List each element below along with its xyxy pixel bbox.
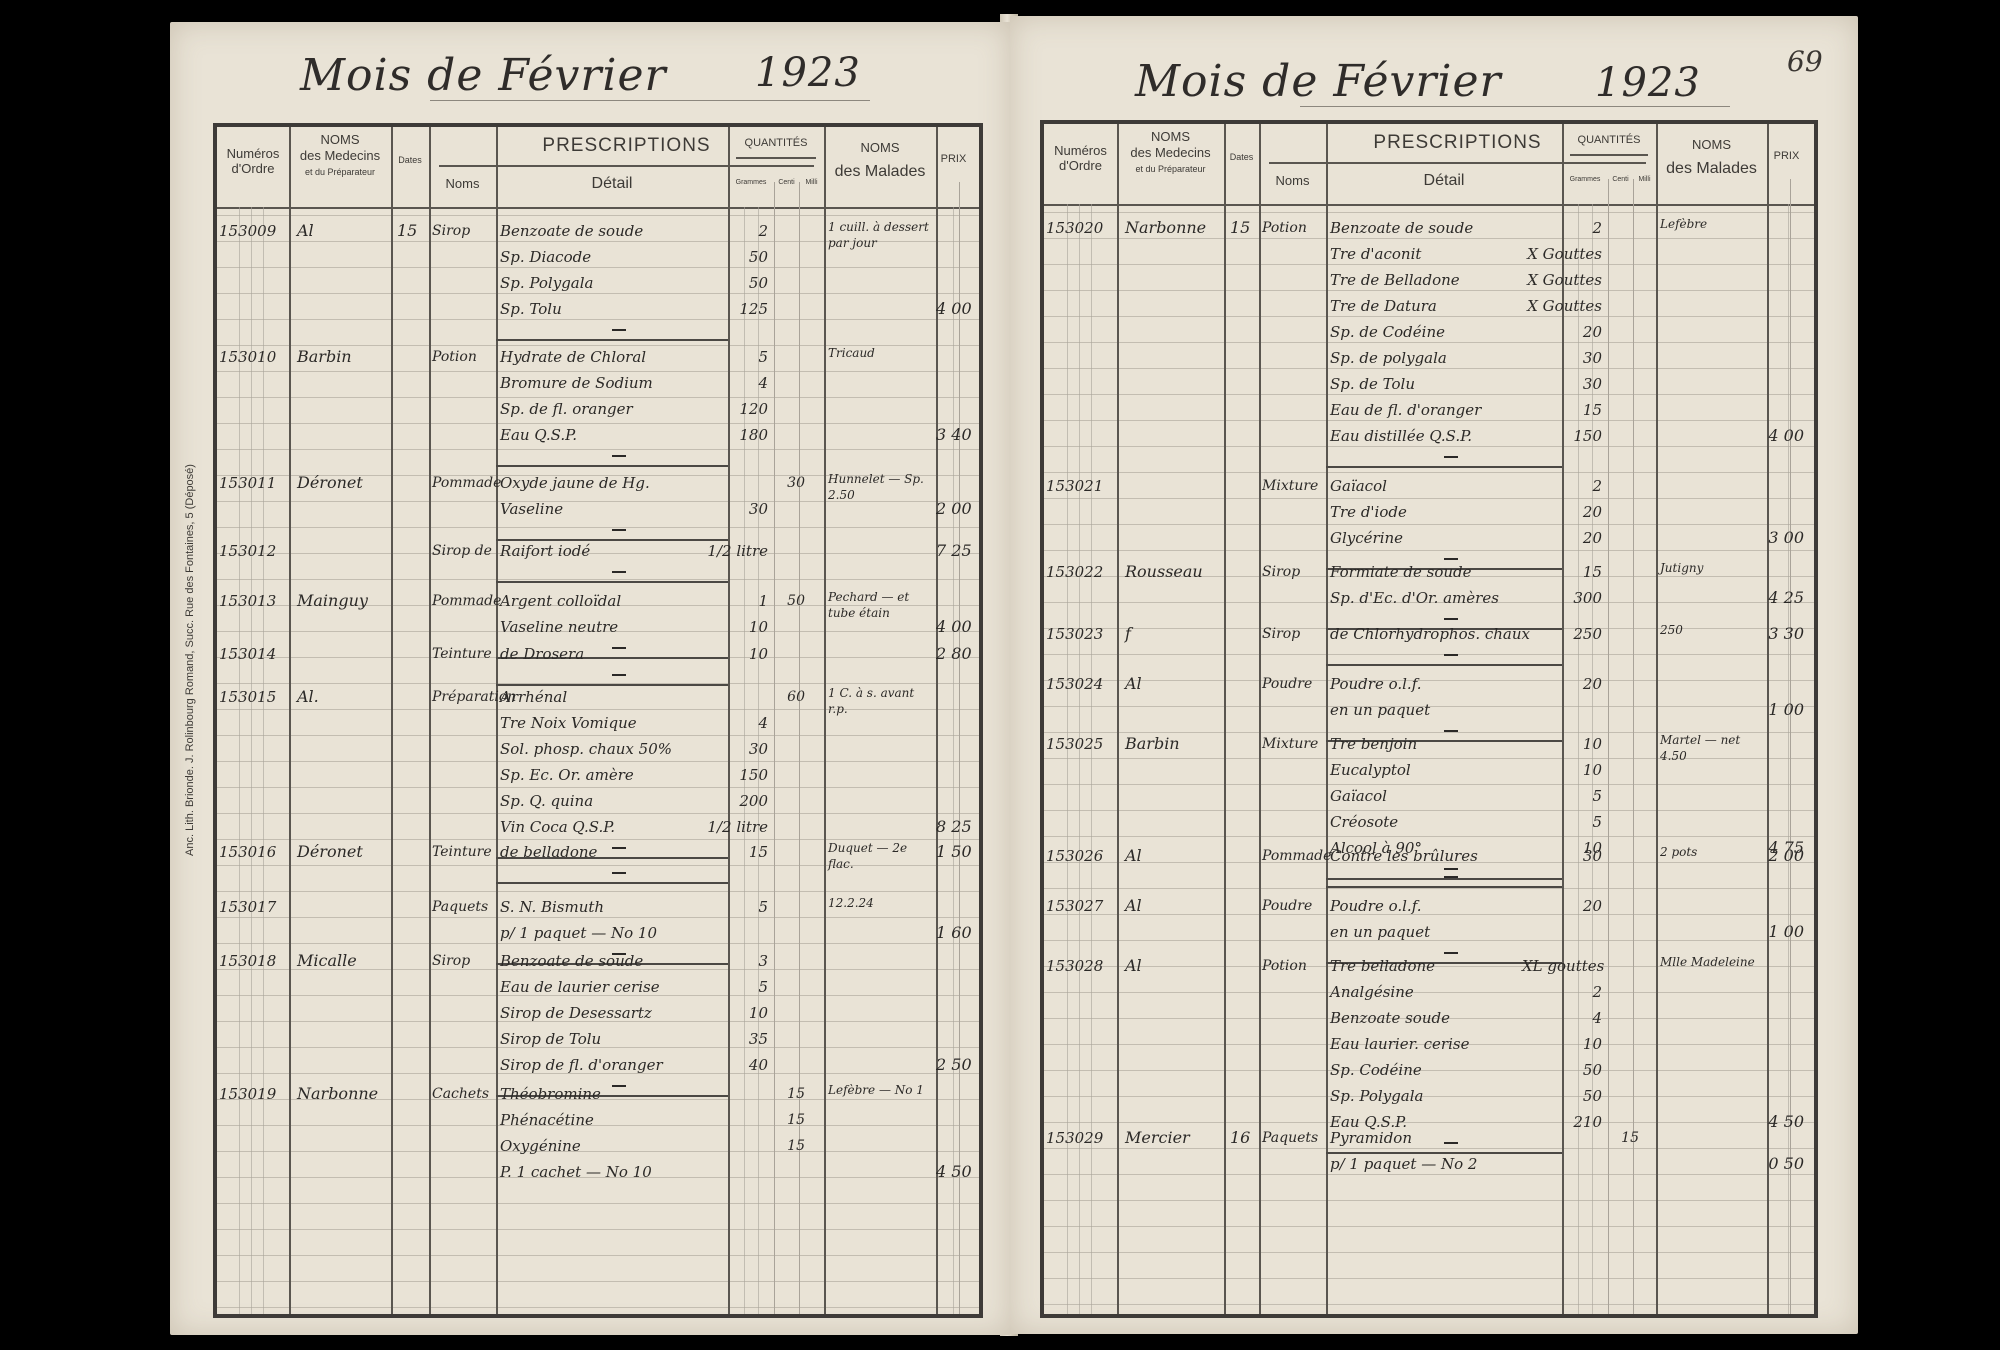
preparation-type: Pommade [432,471,501,495]
patient-name: Lefèbre — No 1 [828,1082,932,1098]
price: 2 80 [936,642,969,666]
ingredient-detail: Eau Q.S.P. [500,423,577,447]
price: 1 60 [936,921,969,945]
quantity-grams: 2 [1522,474,1602,498]
ingredient-detail: Tre benjoin [1330,732,1417,756]
order-number: 153015 [219,685,276,709]
ingredient-detail: Benzoate de soude [1330,216,1473,240]
entry-date: 15 [397,219,417,243]
ingredient-detail: Eau de laurier cerise [500,975,660,999]
quantity-grams: 30 [1522,372,1602,396]
ingredient-detail: Vaseline neutre [500,615,618,639]
price: 2 00 [936,497,969,521]
ingredient-detail: Analgésine [1330,980,1414,1004]
ruled-line [217,761,979,762]
ruled-line [1044,212,1814,213]
order-number: 153023 [1046,622,1103,646]
entry-dash [1444,952,1458,954]
ingredient-detail: Sirop de Tolu [500,1027,601,1051]
column-divider [391,127,393,1314]
entry-dash [612,571,626,573]
quantity-grams: 2 [1522,216,1602,240]
ingredient-detail: Créosote [1330,810,1398,834]
quantity-grams: 210 [1522,1110,1602,1134]
price: 3 00 [1767,526,1804,550]
price: 7 25 [936,539,969,563]
header-numeros: Numéros d'Ordre [217,147,289,177]
right-month-title: Mois de Février [1135,56,1502,107]
quantity-grams: 30 [1522,346,1602,370]
order-number: 153024 [1046,672,1103,696]
quantity-grams: 10 [688,615,768,639]
patient-name: Hunnelet — Sp. 2.50 [828,471,932,503]
ingredient-detail: Sp. de Codéine [1330,320,1445,344]
ruled-line [1044,1122,1814,1123]
guide-line [251,207,252,1314]
preparation-type: Potion [1262,954,1307,978]
ingredient-detail: Oxyde jaune de Hg. [500,471,650,495]
header-detail: Détail [1326,172,1562,190]
subcolumn-divider [959,182,960,1314]
doctor-name: Al [1125,672,1142,696]
price: 4 50 [936,1160,969,1184]
header-grammes: Grammes [1562,176,1608,184]
quantity-grams: 50 [688,245,768,269]
header-noms-malades: NOMS [1656,138,1767,153]
header-noms: Noms [1259,174,1326,189]
ruled-line [217,1229,979,1230]
ruled-line [217,267,979,268]
patient-name: 1 cuill. à dessert par jour [828,219,932,251]
ruled-line [217,1281,979,1282]
quantity-grams: 20 [1522,500,1602,524]
quantity-grams: 1 [688,589,768,613]
ingredient-detail: Sp. Ec. Or. amère [500,763,634,787]
ingredient-detail: Eucalyptol [1330,758,1411,782]
quantity-grams: 10 [688,642,768,666]
ruled-line [1044,264,1814,265]
quantity-grams: 250 [1522,622,1602,646]
ruled-line [217,423,979,424]
quantity-grams: 15 [1522,398,1602,422]
order-number: 153010 [219,345,276,369]
ruled-line [1044,1226,1814,1227]
quantity-grams: 10 [688,1001,768,1025]
ruled-line [1044,888,1814,889]
ruled-line [217,293,979,294]
order-number: 153016 [219,840,276,864]
quantity-grams: 40 [688,1053,768,1077]
printer-imprint: Anc. Lith. Brionde. J. Rolinbourg Romand… [184,380,196,940]
header-prix: PRIX [936,153,971,166]
ingredient-detail: Eau laurier. cerise [1330,1032,1469,1056]
quantity-grams: 300 [1522,586,1602,610]
order-number: 153014 [219,642,276,666]
quantity-grams: 3 [688,949,768,973]
header-grammes: Grammes [728,179,774,187]
preparation-type: Teinture [432,840,492,864]
ruled-line [1044,784,1814,785]
quantity-grams: 5 [688,975,768,999]
doctor-name: Déronet [297,471,363,495]
ingredient-detail: Sp. Diacode [500,245,591,269]
quantity-grams: 2 [1522,980,1602,1004]
ingredient-detail: Sirop de Desessartz [500,1001,652,1025]
ingredient-detail: p/ 1 paquet — No 2 [1330,1152,1477,1176]
ingredient-detail: Hydrate de Chloral [500,345,646,369]
ingredient-detail: de belladone [500,840,597,864]
quantity-grams: 180 [688,423,768,447]
preparation-type: Potion [432,345,477,369]
patient-name: Martel — net 4.50 [1660,732,1763,764]
doctor-name: Al [1125,954,1142,978]
entry-dash [1444,618,1458,620]
ruled-line [217,215,979,216]
order-number: 153026 [1046,844,1103,868]
ruled-line [1044,472,1814,473]
header-centi: Centi [1608,176,1633,184]
quantity-grams: 150 [688,763,768,787]
header-dates: Dates [1224,152,1259,162]
guide-line [953,207,954,1314]
header-milli: Milli [799,179,824,187]
quantity-grams: 5 [1522,810,1602,834]
quantity-grams: 20 [1522,526,1602,550]
ingredient-detail: Argent colloïdal [500,589,621,613]
ingredient-detail: Tre d'iode [1330,500,1407,524]
price: 1 00 [1767,920,1804,944]
ingredient-detail: Sp. Q. quina [500,789,593,813]
quantity-grams: 200 [688,789,768,813]
header-noms-malades: NOMS [824,141,936,156]
ingredient-detail: Sp. de polygala [1330,346,1447,370]
doctor-name: Barbin [297,345,352,369]
quantity-grams: 1/2 litre [688,539,768,563]
guide-line [263,207,264,1314]
entry-separator [496,581,728,583]
patient-name: Duquet — 2e flac. [828,840,932,872]
entry-separator [1326,878,1562,880]
ingredient-detail: en un paquet [1330,920,1430,944]
ruled-line [1044,836,1814,837]
order-number: 153009 [219,219,276,243]
order-number: 153025 [1046,732,1103,756]
preparation-type: Sirop [432,219,470,243]
subcolumn-divider [1790,179,1791,1314]
entry-dash [1444,456,1458,458]
quantity-grams: 30 [688,497,768,521]
header-prix: PRIX [1767,150,1806,163]
ingredient-detail: Benzoate soude [1330,1006,1450,1030]
ingredient-detail: Tre belladone [1330,954,1435,978]
quantity-grams: 10 [1522,1032,1602,1056]
quantity-grams: 15 [1522,560,1602,584]
entry-dash [612,647,626,649]
column-divider [429,127,431,1314]
preparation-type: Sirop [1262,560,1300,584]
ruled-line [1044,914,1814,915]
header-noms-medecins-sub: des Medecins [1117,146,1224,161]
order-number: 153017 [219,895,276,919]
order-number: 153013 [219,589,276,613]
quantity-grams: 20 [1522,320,1602,344]
column-divider [496,127,498,1314]
entry-dash [1444,876,1458,878]
ingredient-detail: Sp. Polygala [500,271,594,295]
patient-name: Jutigny [1660,560,1763,576]
ingredient-detail: Pyramidon [1330,1126,1412,1150]
ruled-line [1044,1252,1814,1253]
header-noms-medecins: NOMS [289,133,391,148]
ingredient-detail: Sp. Tolu [500,297,562,321]
ingredient-detail: Tre d'aconit [1330,242,1421,266]
doctor-name: Mercier [1125,1126,1190,1150]
ruled-line [217,1203,979,1204]
quantity-grams: 2 [688,219,768,243]
quantity-grams: 10 [1522,758,1602,782]
quantites-brace [1570,154,1648,156]
order-number: 153012 [219,539,276,563]
price: 0 50 [1767,1152,1804,1176]
header-quantites: QUANTITÉS [1562,134,1656,147]
quantity-grams: 150 [1522,424,1602,448]
preparation-type: Poudre [1262,672,1312,696]
quantity-centi: 15 [1604,1126,1639,1150]
patient-name: 2 pots [1660,844,1763,860]
ruled-line [1044,1070,1814,1071]
quantity-grams: X Gouttes [1522,294,1602,318]
column-divider [1326,124,1328,1314]
ruled-line [217,1255,979,1256]
doctor-name: Déronet [297,840,363,864]
order-number: 153020 [1046,216,1103,240]
ruled-line [1044,680,1814,681]
price: 1 50 [936,840,969,864]
ingredient-detail: de Chlorhydrophos. chaux [1330,622,1530,646]
ruled-line [217,527,979,528]
left-year: 1923 [755,50,861,96]
header-dates: Dates [391,155,429,165]
ingredient-detail: Eau distillée Q.S.P. [1330,424,1472,448]
entry-dash [1444,654,1458,656]
ingredient-detail: Sp. de fl. oranger [500,397,633,421]
preparation-type: Sirop [432,949,470,973]
ruled-line [1044,1278,1814,1279]
ingredient-detail: p/ 1 paquet — No 10 [500,921,657,945]
ruled-line [1044,1200,1814,1201]
ingredient-detail: Tre Noix Vomique [500,711,637,735]
entry-separator [1326,886,1562,888]
quantity-grams: 4 [688,711,768,735]
header-milli: Milli [1633,176,1656,184]
ruled-line [1044,394,1814,395]
ingredient-detail: Sirop de fl. d'oranger [500,1053,663,1077]
preparation-type: Sirop [1262,622,1300,646]
doctor-name: Narbonne [1125,216,1206,240]
ingredient-detail: Contre les brûlures [1330,844,1478,868]
quantity-grams: 30 [688,737,768,761]
ruled-line [1044,810,1814,811]
ingredient-detail: Glycérine [1330,526,1403,550]
preparation-type: Pommade [432,589,501,613]
preparation-type: Mixture [1262,732,1318,756]
left-month-title: Mois de Février [300,50,667,101]
ingredient-detail: de Drosera [500,642,584,666]
entry-dash [612,1085,626,1087]
ingredient-detail: Benzoate de soude [500,949,643,973]
price: 4 00 [936,615,969,639]
ingredient-detail: Benzoate de soude [500,219,643,243]
column-divider [1656,124,1658,1314]
quantity-grams: 125 [688,297,768,321]
header-centi: Centi [774,179,799,187]
ruled-line [217,1307,979,1308]
doctor-name: Narbonne [297,1082,378,1106]
doctor-name: Al [1125,844,1142,868]
ingredient-detail: Gaïacol [1330,784,1387,808]
preparation-type: Teinture [432,642,492,666]
quantites-brace [736,157,816,159]
entry-separator [1326,664,1562,666]
column-divider [1117,124,1119,1314]
ingredient-detail: Poudre o.l.f. [1330,672,1421,696]
doctor-name: Al [297,219,314,243]
ruled-line [217,319,979,320]
header-noms-medecins: NOMS [1117,130,1224,145]
ingredient-detail: Eau de fl. d'oranger [1330,398,1481,422]
patient-name: Pechard — et tube étain [828,589,932,621]
entry-dash [1444,730,1458,732]
entry-dash [612,329,626,331]
ingredient-detail: Sp. de Tolu [1330,372,1415,396]
ruled-line [217,891,979,892]
quantity-grams: 120 [688,397,768,421]
patient-name: 12.2.24 [828,895,932,911]
ruled-line [1044,1096,1814,1097]
quantity-centi: 15 [770,1082,805,1106]
entry-dash [612,872,626,874]
patient-name: Mlle Madeleine [1660,954,1763,970]
patient-name: Lefèbre [1660,216,1763,232]
quantity-grams: XL gouttes [1522,954,1602,978]
quantity-grams: 5 [1522,784,1602,808]
entry-date: 16 [1230,1126,1250,1150]
header-noms-medecins-sub: des Medecins [289,149,391,164]
price: 4 00 [936,297,969,321]
ingredient-detail: Tre de Datura [1330,294,1437,318]
ingredient-detail: Sol. phosp. chaux 50% [500,737,672,761]
ingredient-detail: en un paquet [1330,698,1430,722]
quantity-grams: 1/2 litre [688,815,768,839]
ingredient-detail: S. N. Bismuth [500,895,604,919]
right-register-table: Numéros d'OrdreNOMSdes Medecinset du Pré… [1040,120,1818,1318]
column-divider [289,127,291,1314]
header-des-malades: des Malades [1656,160,1767,178]
price: 4 50 [1767,1110,1804,1134]
quantity-grams: 20 [1522,894,1602,918]
entry-separator [496,465,728,467]
ingredient-detail: Formiate de soude [1330,560,1472,584]
preparation-type: Mixture [1262,474,1318,498]
quantity-grams: 5 [688,895,768,919]
order-number: 153028 [1046,954,1103,978]
price: 2 00 [1767,844,1804,868]
ingredient-detail: Oxygénine [500,1134,581,1158]
doctor-name: Rousseau [1125,560,1203,584]
quantity-grams: 30 [1522,844,1602,868]
column-divider [824,127,826,1314]
quantity-centi: 30 [770,471,805,495]
ingredient-detail: Gaïacol [1330,474,1387,498]
guide-line [1788,204,1789,1314]
ruled-line [217,579,979,580]
entry-dash [612,529,626,531]
ingredient-detail: Sp. d'Ec. d'Or. amères [1330,586,1499,610]
entry-date: 15 [1230,216,1250,240]
quantity-grams: X Gouttes [1522,242,1602,266]
ruled-line [1044,654,1814,655]
ingredient-detail: Poudre o.l.f. [1330,894,1421,918]
header-preparateur: et du Préparateur [289,167,391,177]
ruled-line [1044,550,1814,551]
ruled-line [217,553,979,554]
column-divider [1259,124,1261,1314]
quantity-grams: 35 [688,1027,768,1051]
order-number: 153027 [1046,894,1103,918]
patient-name: 1 C. à s. avant r.p. [828,685,932,717]
left-register-table: Numéros d'OrdreNOMSdes Medecinset du Pré… [213,123,983,1318]
preparation-type: Sirop de [432,539,492,563]
header-numeros: Numéros d'Ordre [1044,144,1117,174]
patient-name: 250 [1660,622,1763,638]
ingredient-detail: Tre de Belladone [1330,268,1460,292]
preparation-type: Cachets [432,1082,489,1106]
ingredient-detail: Arrhénal [500,685,567,709]
entry-dash [612,674,626,676]
ingredient-detail: P. 1 cachet — No 10 [500,1160,652,1184]
ruled-line [217,449,979,450]
ruled-line [217,1151,979,1152]
doctor-name: Mainguy [297,589,368,613]
quantity-grams: 50 [688,271,768,295]
quantity-grams: 20 [1522,672,1602,696]
header-quantites: QUANTITÉS [728,137,824,150]
ingredient-detail: Théobromine [500,1082,601,1106]
ruled-line [217,813,979,814]
ingredient-detail: Raifort iodé [500,539,590,563]
quantity-grams: 4 [1522,1006,1602,1030]
page-number: 69 [1787,45,1823,78]
price: 1 00 [1767,698,1804,722]
order-number: 153019 [219,1082,276,1106]
order-number: 153022 [1046,560,1103,584]
column-divider [1224,124,1226,1314]
price: 3 40 [936,423,969,447]
order-number: 153021 [1046,474,1103,498]
ruled-line [217,1125,979,1126]
ruled-line [217,787,979,788]
price: 2 50 [936,1053,969,1077]
ingredient-detail: Sp. Polygala [1330,1084,1424,1108]
ingredient-detail: Sp. Codéine [1330,1058,1422,1082]
doctor-name: Al [1125,894,1142,918]
quantity-grams: X Gouttes [1522,268,1602,292]
preparation-type: Paquets [1262,1126,1318,1150]
header-detail: Détail [496,175,728,193]
ruled-line [217,735,979,736]
quantity-grams: 50 [1522,1058,1602,1082]
doctor-name: Micalle [297,949,357,973]
